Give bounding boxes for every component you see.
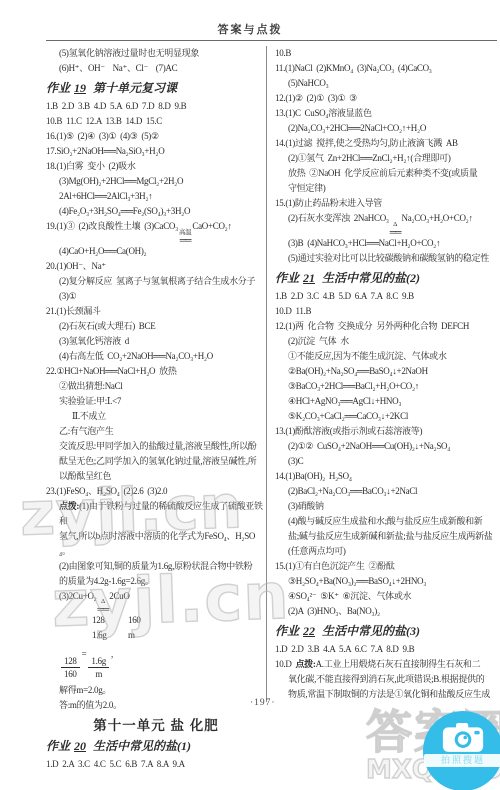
text-line: 13.(1)C CuSO₄溶液显蓝色 xyxy=(275,106,498,121)
fraction: 128160 xyxy=(61,656,80,679)
text-line: (2)BaCl₂+Na₂CO₃══BaCO₃↓+2NaCl xyxy=(275,484,498,499)
text-line: 点拨:(1)由于铁粉与过量的稀硫酸反应生成了硫酸亚铁和 xyxy=(46,499,266,529)
left-column: (5)氢氧化钠溶液过量时也无明显现象(6)H⁺、OH⁻ Na⁺、Cl⁻ (7)A… xyxy=(46,46,266,772)
reaction-condition: Δ══ xyxy=(390,222,401,236)
text-line: (5)氢氧化钠溶液过量时也无明显现象 xyxy=(46,46,266,61)
right-column: 10.B11.(1)NaCl (2)KMnO₄ (3)Na₂CO₃ (4)CaC… xyxy=(266,46,498,702)
page-header: 答案与点拨 xyxy=(0,21,500,37)
bold-label: 点拨: xyxy=(59,501,79,511)
text-line: (2)复分解反应 氢离子与氢氧根离子结合生成水分子 xyxy=(46,274,266,289)
text-line: (3)C xyxy=(275,454,498,469)
homework-title: 生活中常见的盐(1) xyxy=(93,739,191,753)
text-line: (2)A (3)HNO₃、Ba(NO₃)₂ xyxy=(275,604,498,619)
text-line: 物质,常温下制取铜的方法是①氧化铜和盐酸反应生成 xyxy=(275,687,498,702)
homework-number: 19 xyxy=(74,81,86,95)
text-line: 11.(1)NaCl (2)KMnO₄ (3)Na₂CO₃ (4)CaCO₃ xyxy=(275,61,498,76)
text-line: 14.(1)过滤 搅拌,使之受热均匀,防止液滴飞溅 AB xyxy=(275,136,498,151)
homework-number: 22 xyxy=(303,624,315,638)
text-line: 18.(1)白雾 变小 (2)吸水 xyxy=(46,159,266,174)
text-line: ⑤K₂CO₃+CaCl₂══CaCO₃↓+2KCl xyxy=(275,409,498,424)
bold-label: 点拨: xyxy=(295,659,315,669)
text-line: (任意两点均可) xyxy=(275,544,498,559)
text-line: 23.(1)FeSO₄、H₂SO₄ (2)2.6 (3)2.0 xyxy=(46,484,266,499)
text-line: 交流反思:甲同学加入的盐酸过量,溶液呈酸性,所以酚 xyxy=(46,439,266,454)
page-number: ·197· xyxy=(250,698,276,708)
text-line: (4)Fe₂O₃+3H₂SO₄══Fe₂(SO₄)₃+3H₂O xyxy=(46,204,266,219)
text-line: ③H₂SO₄+Ba(NO₃)₂══BaSO₄↓+2HNO₃ xyxy=(275,574,498,589)
text-line: ②做出猜想:NaCl xyxy=(46,379,266,394)
text-line: (2)石灰石(或大理石) BCE xyxy=(46,319,266,334)
text-line: (3)氢氧化钙溶液 d xyxy=(46,334,266,349)
text-line: 实验验证:甲:Ⅰ.<7 xyxy=(46,394,266,409)
photo-search-logo: 拍照搜题 xyxy=(423,711,500,790)
text-line: 2Al+6HCl══2AlCl₃+3H₂↑ xyxy=(46,189,266,204)
text-line: 12.(1)两 化合物 交换成分 另外两种化合物 DEFCH xyxy=(275,319,498,334)
text-line: 1.D 2.D 3.B 4.A 5.A 6.C 7.A 8.D 9.B xyxy=(275,642,498,657)
text-line: 氧化碳,不能直接得到消石灰,此项错误;B.根据提供的 xyxy=(275,672,498,687)
homework-title: 生活中常见的盐(3) xyxy=(322,624,420,638)
text-line: (3)B (4)NaHCO₃+HCl══NaCl+H₂O+CO₂↑ xyxy=(275,236,498,251)
homework-number: 20 xyxy=(74,739,86,753)
camera-icon xyxy=(442,721,484,753)
columns: (5)氢氧化钠溶液过量时也无明显现象(6)H⁺、OH⁻ Na⁺、Cl⁻ (7)A… xyxy=(46,46,498,772)
homework-heading: 作业22生活中常见的盐(3) xyxy=(275,624,498,639)
logo-band-text: 拍照搜题 xyxy=(424,754,500,767)
homework-heading: 作业21生活中常见的盐(2) xyxy=(275,271,498,286)
homework-heading: 作业20生活中常见的盐(1) xyxy=(46,739,266,754)
text-line: (2)由图象可知,铜的质量为1.6g,原粉状混合物中铁粉 xyxy=(46,559,266,574)
text-line: (3)2Cu+O₂Δ══2CuO xyxy=(46,589,266,614)
chapter-heading: 第十一单元 盐 化肥 xyxy=(46,718,266,734)
text-line: 19.(1)③ (2)改良酸性土壤 (3)CaCO₃高温══CaO+CO₂↑ xyxy=(46,219,266,244)
text-line: 盐;碱与盐反应生成新碱和新盐;盐与盐反应生成两新盐 xyxy=(275,529,498,544)
text-line: 16.(1)⑤ (2)④ (3)① (4)③ (5)② xyxy=(46,129,266,144)
text-line: 128160=1.6gm, xyxy=(46,647,266,679)
text-line: 1.D 2.A 3.C 4.C 5.C 6.B 7.A 8.A 9.A xyxy=(46,757,266,772)
text-line: (2)Na₂CO₃+2HCl══2NaCl+CO₂↑+H₂O xyxy=(275,121,498,136)
answer-page: 答案与点拨 (5)氢氧化钠溶液过量时也无明显现象(6)H⁺、OH⁻ Na⁺、Cl… xyxy=(0,0,500,790)
homework-number: 21 xyxy=(303,271,315,285)
text-line: 放热 ②NaOH 化学反应前后元素种类不变(或质量 xyxy=(275,166,498,181)
text-line: 14.(1)Ba(OH)₂ H₂SO₄ xyxy=(275,469,498,484)
homework-label: 作业 xyxy=(275,271,299,285)
text-line: 以酚酞呈红色 xyxy=(46,469,266,484)
homework-label: 作业 xyxy=(46,81,70,95)
text-line: 守恒定律) xyxy=(275,181,498,196)
text-line: 1.B 2.D 3.C 4.B 5.D 6.A 7.A 8.C 9.B xyxy=(275,289,498,304)
text-line: 128 160 xyxy=(46,613,266,628)
text-line: 21.(1)长颈漏斗 xyxy=(46,304,266,319)
text-line: ④SO₄²⁻ ⑤K⁺ ⑥沉淀、气体或水 xyxy=(275,589,498,604)
text-line: 氢气,所以b点时溶液中溶质的化学式为FeSO₄、H₂SO₄。 xyxy=(46,529,266,559)
text-line: 的质量为4.2g-1.6g=2.6g。 xyxy=(46,574,266,589)
text-line: 酞呈无色;乙同学加入的氢氧化钠过量,溶液呈碱性,所 xyxy=(46,454,266,469)
reaction-condition: 高温══ xyxy=(179,230,191,244)
text-line: ②Ba(OH)₂+Na₂SO₄══BaSO₄↓+2NaOH xyxy=(275,364,498,379)
text-line: 答:m的值为2.0。 xyxy=(46,698,266,713)
text-line: 解得m=2.0g。 xyxy=(46,683,266,698)
text-line: (4)CaO+H₂O══Ca(OH)₂ xyxy=(46,244,266,259)
text-line: 10.D 11.B xyxy=(275,304,498,319)
text-line: (6)H⁺、OH⁻ Na⁺、Cl⁻ (7)AC xyxy=(46,61,266,76)
text-line: (5)NaHCO₃ xyxy=(275,76,498,91)
text-line: 10.B xyxy=(275,46,498,61)
text-line: Ⅱ.不成立 xyxy=(46,409,266,424)
text-line: (3)① xyxy=(46,289,266,304)
text-line: (5)通过实验对比可以比较碳酸钠和碳酸氢钠的稳定性 xyxy=(275,251,498,266)
homework-label: 作业 xyxy=(275,624,299,638)
text-line: ④HCl+AgNO₃══AgCl↓+HNO₃ xyxy=(275,394,498,409)
text-line: (2)①氢气 Zn+2HCl══ZnCl₂+H₂↑(合理即可) xyxy=(275,151,498,166)
text-line: ③BaCO₃+2HCl══BaCl₂+H₂O+CO₂↑ xyxy=(275,379,498,394)
text-line: 10.B 11.C 12.A 13.B 14.D 15.C xyxy=(46,114,266,129)
fraction: 1.6gm xyxy=(88,656,109,679)
reaction-condition: Δ══ xyxy=(98,599,109,613)
text-line: 17.SiO₂+2NaOH══Na₂SiO₃+H₂O xyxy=(46,144,266,159)
homework-label: 作业 xyxy=(46,739,70,753)
header-rule xyxy=(46,40,497,41)
homework-heading: 作业19第十单元复习课 xyxy=(46,81,266,96)
text-line: ①不能反应,因为不能生成沉淀、气体或水 xyxy=(275,349,498,364)
text-line: 12.(1)② (2)① (3)① ③ xyxy=(275,91,498,106)
text-line: (2)①② CuSO₄+2NaOH══Cu(OH)₂↓+Na₂SO₄ xyxy=(275,439,498,454)
text-line: 22.①HCl+NaOH══NaCl+H₂O 放热 xyxy=(46,364,266,379)
text-line: (4)酸与碱反应生成盐和水;酸与盐反应生成新酸和新 xyxy=(275,514,498,529)
text-line: 乙:有气泡产生 xyxy=(46,424,266,439)
text-line: (3)硝酸钠 xyxy=(275,499,498,514)
text-line: 1.B 2.D 3.B 4.D 5.A 6.D 7.D 8.D 9.B xyxy=(46,99,266,114)
text-line: 15.(1)①有白色沉淀产生 ②酚酞 xyxy=(275,559,498,574)
text-line: (2)石灰水变浑浊 2NaHCO₃Δ══Na₂CO₃+H₂O+CO₂↑ xyxy=(275,211,498,236)
text-line: (3)Mg(OH)₂+2HCl══MgCl₂+2H₂O xyxy=(46,174,266,189)
text-line: 20.(1)OH⁻、Na⁺ xyxy=(46,259,266,274)
text-line: (2)沉淀 气体 水 xyxy=(275,334,498,349)
text-line: 15.(1)防止药品粉末进入导管 xyxy=(275,196,498,211)
text-line: (4)右高左低 CO₂+2NaOH══Na₂CO₃+H₂O xyxy=(46,349,266,364)
text-line: 13.(1)酚酞溶液(或指示剂或石蕊溶液等) xyxy=(275,424,498,439)
homework-title: 第十单元复习课 xyxy=(93,81,177,95)
homework-title: 生活中常见的盐(2) xyxy=(322,271,420,285)
text-line: 1.6g m xyxy=(46,628,266,643)
text-line: 10.D 点拨:A.工业上用煅烧石灰石直接制得生石灰和二 xyxy=(275,657,498,672)
page-title: 答案与点拨 xyxy=(218,24,283,36)
